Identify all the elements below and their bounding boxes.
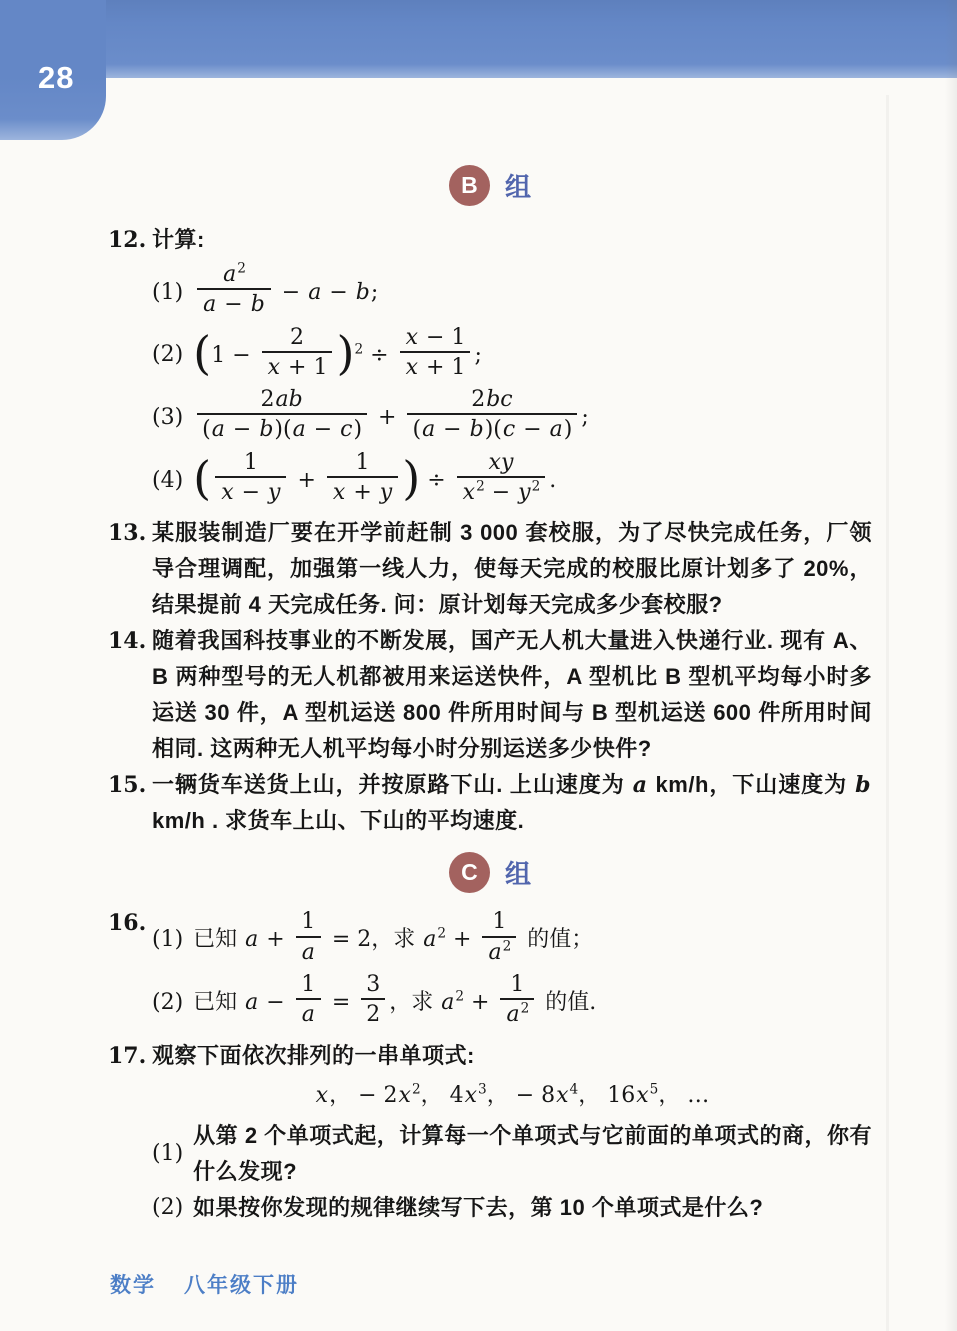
center-math-line: x， − 2x2， 4x3， − 8x4， 16x5， …: [152, 1074, 872, 1118]
fraction: 1x + y: [327, 450, 398, 506]
problem-text: 一辆货车送货上山，并按原路下山. 上山速度为 a km/h，下山速度为 b km…: [152, 767, 872, 839]
problem-item: (1)从第 2 个单项式起，计算每一个单项式与它前面的单项式的商，你有什么发现?: [152, 1118, 872, 1190]
problem-16: 16.(1)已知 a + 1a = 2，求 a2 + 1a2 的值；(2)已知 …: [108, 905, 872, 1037]
group-label: 组: [505, 167, 531, 204]
problem-body: 一辆货车送货上山，并按原路下山. 上山速度为 a km/h，下山速度为 b km…: [152, 767, 872, 839]
fraction: 1a: [296, 909, 321, 965]
item-content: 如果按你发现的规律继续写下去，第 10 个单项式是什么?: [193, 1190, 872, 1226]
problem-body: (1)已知 a + 1a = 2，求 a2 + 1a2 的值；(2)已知 a −…: [152, 905, 872, 1037]
item-content: (1x − y + 1x + y) ÷ xyx2 − y2.: [193, 453, 872, 509]
group-badge-b: B: [449, 165, 490, 206]
group-b-section: B组12.计算:(1)a2a − b − a − b;(2)(1 − 2x + …: [108, 164, 872, 839]
item-label: (4): [152, 463, 183, 499]
problem-item: (1)已知 a + 1a = 2，求 a2 + 1a2 的值；: [152, 912, 872, 968]
textbook-page: 28 B组12.计算:(1)a2a − b − a − b;(2)(1 − 2x…: [0, 0, 957, 1331]
fraction: 2bc(a − b)(c − a): [407, 387, 577, 443]
problem-number: 15.: [108, 767, 152, 803]
problem-text: 某服装制造厂要在开学前赶制 3 000 套校服，为了尽快完成任务，厂领导合理调配…: [152, 515, 872, 623]
problem-text: 观察下面依次排列的一串单项式:: [152, 1038, 872, 1074]
item-label: (3): [152, 400, 183, 436]
item-content: a2a − b − a − b;: [193, 265, 872, 321]
item-content: (1 − 2x + 1)2 ÷ x − 1x + 1;: [193, 328, 872, 384]
footer-subject: 数学: [110, 1269, 156, 1299]
scan-artifact-line: [886, 95, 889, 1331]
problem-body: 某服装制造厂要在开学前赶制 3 000 套校服，为了尽快完成任务，厂领导合理调配…: [152, 515, 872, 623]
problem-12: 12.计算:(1)a2a − b − a − b;(2)(1 − 2x + 1)…: [108, 222, 872, 515]
fraction: 2x + 1: [262, 325, 333, 381]
item-label: (1): [152, 922, 183, 958]
problem-15: 15.一辆货车送货上山，并按原路下山. 上山速度为 a km/h，下山速度为 b…: [108, 767, 872, 839]
problem-item: (1)a2a − b − a − b;: [152, 265, 872, 321]
item-label: (2): [152, 985, 183, 1021]
fraction: xyx2 − y2: [457, 450, 546, 506]
group-header: B组: [108, 164, 872, 206]
fraction: x − 1x + 1: [400, 325, 471, 381]
item-content: 已知 a + 1a = 2，求 a2 + 1a2 的值；: [193, 912, 872, 968]
top-banner: [0, 0, 957, 78]
problem-body: 随着我国科技事业的不断发展，国产无人机大量进入快递行业. 现有 A、B 两种型号…: [152, 623, 872, 767]
problem-number: 14.: [108, 623, 152, 659]
fraction: a2a − b: [197, 262, 271, 318]
problem-14: 14.随着我国科技事业的不断发展，国产无人机大量进入快递行业. 现有 A、B 两…: [108, 623, 872, 767]
problem-body: 计算:(1)a2a − b − a − b;(2)(1 − 2x + 1)2 ÷…: [152, 222, 872, 515]
scan-artifact-edge: [945, 0, 957, 1331]
problem-item: (2)已知 a − 1a = 32，求 a2 + 1a2 的值.: [152, 975, 872, 1031]
problem-text: 计算:: [152, 222, 872, 258]
problem-item: (2)如果按你发现的规律继续写下去，第 10 个单项式是什么?: [152, 1190, 872, 1226]
page-footer: 数学 八年级下册: [110, 1269, 299, 1299]
problem-number: 13.: [108, 515, 152, 551]
item-label: (1): [152, 275, 183, 311]
problem-text: 随着我国科技事业的不断发展，国产无人机大量进入快递行业. 现有 A、B 两种型号…: [152, 623, 872, 767]
group-label: 组: [505, 854, 531, 891]
fraction: 32: [361, 972, 385, 1028]
page-number: 28: [38, 60, 74, 96]
problem-item: (4)(1x − y + 1x + y) ÷ xyx2 − y2.: [152, 453, 872, 509]
problem-item: (2)(1 − 2x + 1)2 ÷ x − 1x + 1;: [152, 328, 872, 384]
problem-13: 13.某服装制造厂要在开学前赶制 3 000 套校服，为了尽快完成任务，厂领导合…: [108, 515, 872, 623]
footer-volume: 八年级下册: [184, 1269, 299, 1299]
problem-body: 观察下面依次排列的一串单项式:x， − 2x2， 4x3， − 8x4， 16x…: [152, 1038, 872, 1226]
group-c-section: C组16.(1)已知 a + 1a = 2，求 a2 + 1a2 的值；(2)已…: [108, 851, 872, 1225]
item-label: (2): [152, 337, 183, 373]
item-label: (2): [152, 1190, 183, 1226]
fraction: 2ab(a − b)(a − c): [197, 387, 367, 443]
sections-container: B组12.计算:(1)a2a − b − a − b;(2)(1 − 2x + …: [108, 164, 872, 1226]
group-header: C组: [108, 851, 872, 893]
problem-number: 17.: [108, 1038, 152, 1074]
group-badge-c: C: [449, 852, 490, 893]
item-label: (1): [152, 1136, 183, 1172]
item-content: 已知 a − 1a = 32，求 a2 + 1a2 的值.: [193, 975, 872, 1031]
fraction: 1x − y: [215, 450, 286, 506]
fraction: 1a2: [482, 909, 516, 965]
item-content: 2ab(a − b)(a − c) + 2bc(a − b)(c − a);: [193, 390, 872, 446]
fraction: 1a: [296, 972, 321, 1028]
problems-area: B组12.计算:(1)a2a − b − a − b;(2)(1 − 2x + …: [108, 78, 872, 1226]
problem-17: 17.观察下面依次排列的一串单项式:x， − 2x2， 4x3， − 8x4， …: [108, 1038, 872, 1226]
item-content: 从第 2 个单项式起，计算每一个单项式与它前面的单项式的商，你有什么发现?: [193, 1118, 872, 1190]
problem-item: (3)2ab(a − b)(a − c) + 2bc(a − b)(c − a)…: [152, 390, 872, 446]
problem-number: 12.: [108, 222, 152, 258]
problem-number: 16.: [108, 905, 152, 941]
fraction: 1a2: [500, 972, 534, 1028]
